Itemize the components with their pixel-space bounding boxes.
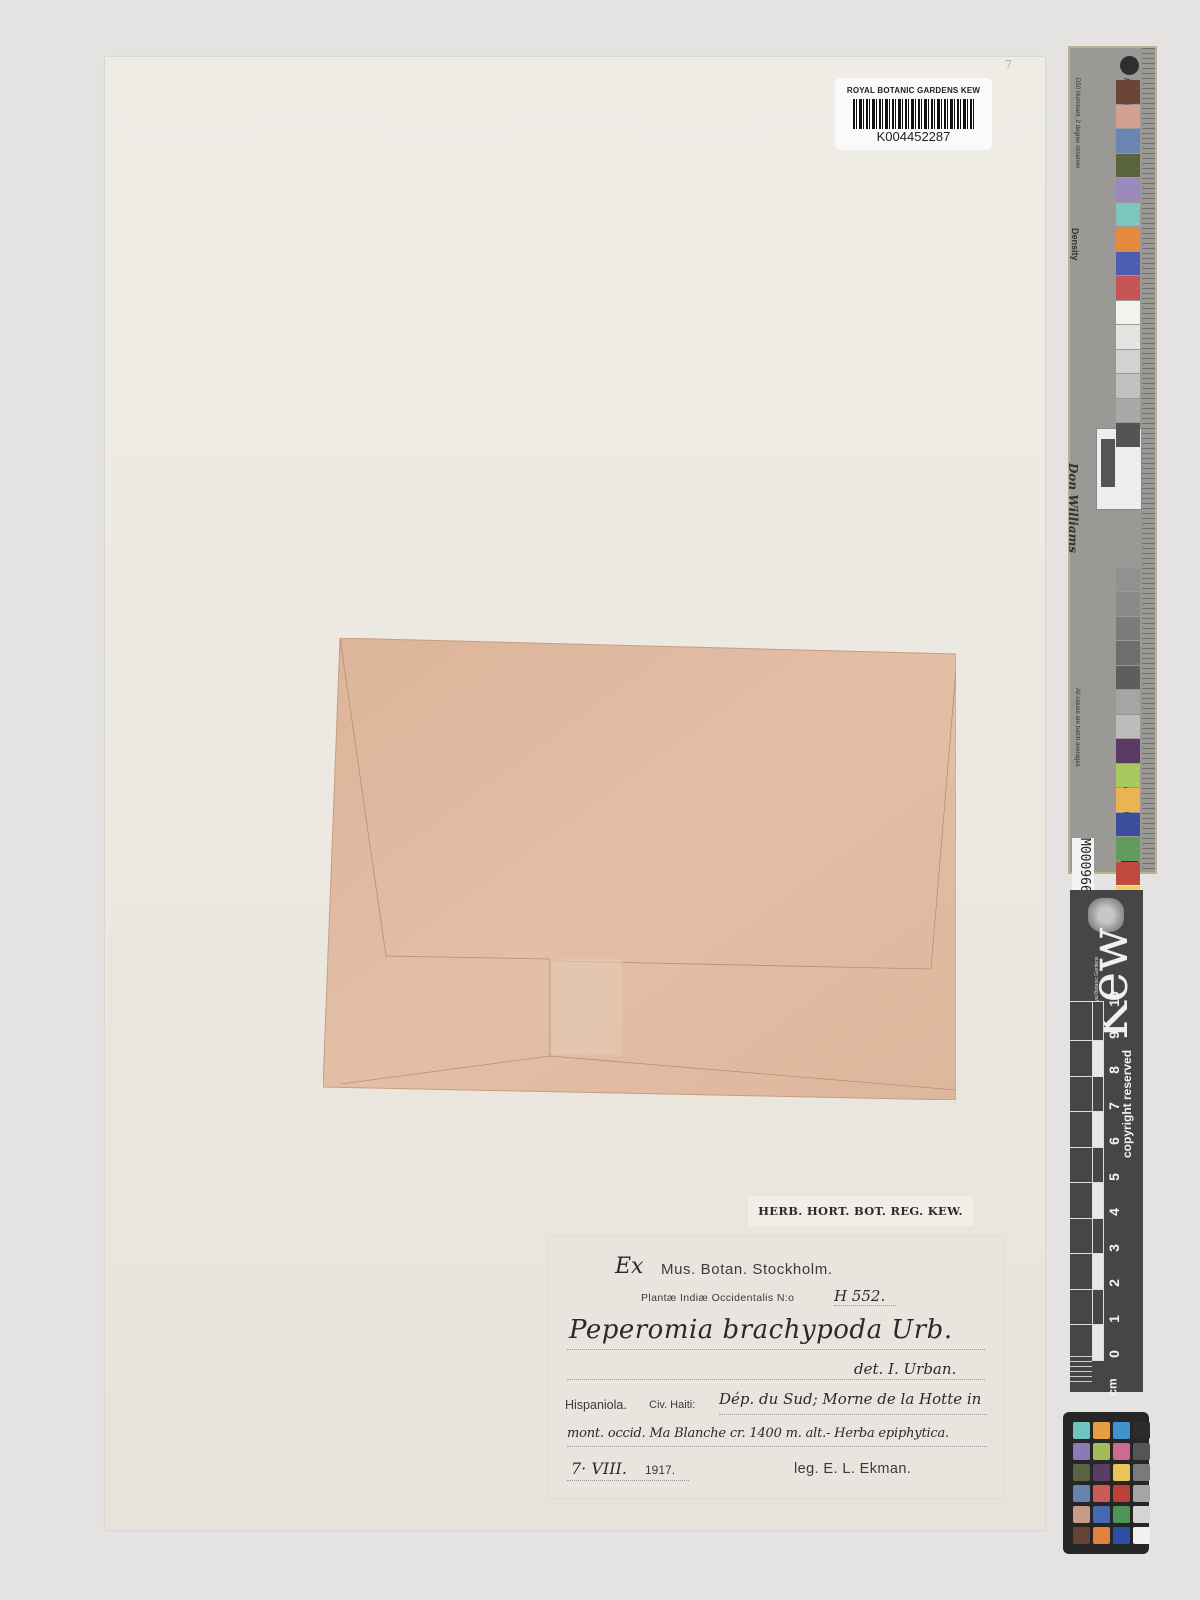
color-swatch <box>1116 350 1140 374</box>
cm-tick-label: 8 <box>1106 1062 1122 1078</box>
source-museum: Mus. Botan. Stockholm. <box>661 1261 833 1278</box>
checker-patch <box>1113 1464 1130 1481</box>
envelope-shape <box>323 638 956 1100</box>
checker-patch <box>1113 1506 1130 1523</box>
taxon-name: Peperomia brachypoda Urb. <box>569 1315 953 1345</box>
cm-tick-label: 5 <box>1106 1169 1122 1185</box>
punch-hole-icon <box>1120 56 1139 75</box>
barcode-number: K004452287 <box>835 129 992 144</box>
color-swatch <box>1116 252 1140 276</box>
locality-line-1: Dép. du Sud; Morne de la Hotte in <box>719 1390 981 1408</box>
dotted-rule <box>719 1414 987 1415</box>
mm-ticks <box>1070 1356 1092 1384</box>
brand-name: Don Williams <box>1066 463 1080 553</box>
ruler-ticks <box>1142 48 1155 872</box>
unit-label: cm <box>1106 1378 1120 1395</box>
collector: leg. E. L. Ekman. <box>794 1461 911 1477</box>
cm-segment <box>1070 1179 1092 1219</box>
color-swatch <box>1116 105 1140 129</box>
barcode-icon <box>853 99 975 129</box>
checker-patch <box>1073 1464 1090 1481</box>
corner-pencil-mark: 7 <box>1005 58 1012 71</box>
cm-segment-alt <box>1092 1321 1104 1361</box>
cm-segment-alt <box>1092 1037 1104 1077</box>
color-swatch <box>1116 154 1140 178</box>
cm-segment <box>1070 1072 1092 1112</box>
barcode-institution: ROYAL BOTANIC GARDENS KEW <box>835 86 992 95</box>
cm-tick-label: 6 <box>1106 1133 1122 1149</box>
color-swatch <box>1116 837 1140 861</box>
cm-tick-label: 4 <box>1106 1204 1122 1220</box>
checker-patch <box>1093 1485 1110 1502</box>
checker-patch <box>1133 1422 1150 1439</box>
color-swatch <box>1116 129 1140 153</box>
cm-segment <box>1070 1285 1092 1325</box>
checker-patch <box>1093 1506 1110 1523</box>
locality-line-2: mont. occid. Ma Blanche cr. 1400 m. alt.… <box>567 1426 949 1441</box>
dotted-rule <box>567 1379 985 1380</box>
cm-segment <box>1070 1037 1092 1077</box>
herbarium-stamp: HERB. HORT. BOT. REG. KEW. <box>748 1196 973 1226</box>
checker-patch <box>1133 1485 1150 1502</box>
color-checker-card <box>1063 1412 1149 1554</box>
color-swatch <box>1116 715 1140 739</box>
dotted-rule <box>567 1446 987 1447</box>
dotted-rule <box>834 1305 896 1306</box>
color-swatch <box>1116 617 1140 641</box>
checker-patch <box>1113 1443 1130 1460</box>
cm-tick-label: 1 <box>1106 1311 1122 1327</box>
cm-segment-alt <box>1092 1179 1104 1219</box>
color-swatch <box>1116 325 1140 349</box>
cm-segment-alt <box>1092 1143 1104 1183</box>
cm-tick-label: 2 <box>1106 1275 1122 1291</box>
color-swatch <box>1116 592 1140 616</box>
checker-patch <box>1093 1464 1110 1481</box>
color-swatch <box>1116 374 1140 398</box>
copyright-text: copyright reserved <box>1120 1050 1134 1158</box>
batch-note: All values are batch averages <box>1074 688 1080 767</box>
cm-tick-label: 9 <box>1106 1027 1122 1043</box>
checker-patch <box>1093 1443 1110 1460</box>
cm-segment <box>1070 1250 1092 1290</box>
checker-patch <box>1093 1527 1110 1544</box>
color-swatch <box>1116 301 1140 325</box>
ex-prefix: Ex <box>615 1254 643 1279</box>
checker-patch <box>1073 1422 1090 1439</box>
cm-segment-alt <box>1092 1072 1104 1112</box>
country-prefix: Civ. Haiti: <box>649 1399 695 1411</box>
color-swatch <box>1116 80 1140 104</box>
color-scale-ruler: inches centimeters D50 Illuminant, 2 deg… <box>1068 46 1157 874</box>
determiner: det. I. Urban. <box>854 1360 956 1378</box>
cm-segment-alt <box>1092 1214 1104 1254</box>
cm-tick-label: 3 <box>1106 1240 1122 1256</box>
color-swatch <box>1116 862 1140 886</box>
color-swatch <box>1116 203 1140 227</box>
checker-patch <box>1073 1485 1090 1502</box>
kew-scale-bar: Royal Botanic Gardens Kew copyright rese… <box>1070 890 1143 1392</box>
checker-patch <box>1073 1527 1090 1544</box>
cm-tick-label: 7 <box>1106 1098 1122 1114</box>
collection-day-month: 7· VIII. <box>571 1459 627 1478</box>
collection-year: 1917. <box>645 1463 675 1477</box>
specimen-envelope <box>323 638 956 1100</box>
color-swatch <box>1116 813 1140 837</box>
cm-tick-label: 10 <box>1106 991 1122 1007</box>
color-swatch <box>1116 227 1140 251</box>
dotted-rule <box>567 1349 985 1350</box>
checker-patch <box>1073 1443 1090 1460</box>
checker-patch <box>1133 1527 1150 1544</box>
color-swatch <box>1116 690 1140 714</box>
cm-tick-label: 0 <box>1106 1346 1122 1362</box>
serial-number: M000966 <box>1077 838 1092 893</box>
color-swatch <box>1116 641 1140 665</box>
dotted-rule <box>567 1480 689 1481</box>
cm-segment <box>1070 1001 1092 1041</box>
checker-patch <box>1073 1506 1090 1523</box>
region: Hispaniola. <box>565 1398 627 1412</box>
color-swatch <box>1116 739 1140 763</box>
checker-patch <box>1113 1527 1130 1544</box>
barcode-label: ROYAL BOTANIC GARDENS KEW K004452287 <box>835 78 992 150</box>
color-swatch <box>1116 399 1140 423</box>
cm-segment-alt <box>1092 1285 1104 1325</box>
cm-segment <box>1070 1143 1092 1183</box>
density-label: Density <box>1070 228 1080 261</box>
cm-segment-alt <box>1092 1108 1104 1148</box>
series-number: H 552. <box>834 1287 885 1305</box>
checker-patch <box>1133 1464 1150 1481</box>
series-title: Plantæ Indiæ Occidentalis N:o <box>641 1292 794 1304</box>
color-swatch <box>1116 178 1140 202</box>
cm-segment <box>1070 1108 1092 1148</box>
checker-patch <box>1133 1443 1150 1460</box>
cm-segment-alt <box>1092 1250 1104 1290</box>
checker-patch <box>1093 1422 1110 1439</box>
checker-patch <box>1133 1506 1150 1523</box>
color-swatch <box>1116 666 1140 690</box>
checker-patch <box>1113 1422 1130 1439</box>
cm-segment <box>1070 1214 1092 1254</box>
illuminant-note: D50 Illuminant, 2 degree observer <box>1074 78 1080 168</box>
cm-segment <box>1070 1321 1092 1361</box>
color-swatch <box>1116 764 1140 788</box>
determination-label: Ex Mus. Botan. Stockholm. Plantæ Indiæ O… <box>549 1236 1003 1498</box>
cm-segment-alt <box>1092 1001 1104 1041</box>
color-swatch <box>1116 568 1140 592</box>
checker-patch <box>1113 1485 1130 1502</box>
color-swatch <box>1116 276 1140 300</box>
color-swatch <box>1116 788 1140 812</box>
color-swatch <box>1116 423 1140 447</box>
